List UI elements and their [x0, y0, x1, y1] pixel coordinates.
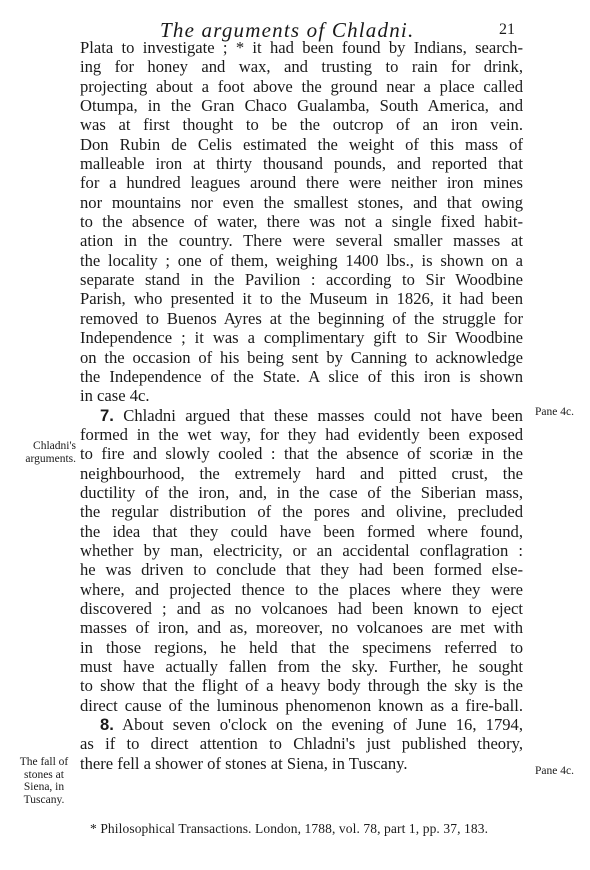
text-line: in those regions, he held that the speci… [80, 638, 523, 657]
text-line: to the absence of water, there was not a… [80, 212, 523, 231]
sidenote-chladni-arguments: Chladni's arguments. [6, 440, 76, 465]
sidenote-line: The fall of [14, 756, 74, 769]
body-text: Plata to investigate ; * it had been fou… [80, 38, 523, 773]
sidenote-pane-reference: Pane 4c. [535, 406, 574, 418]
paragraph-8-first-line: 8. About seven o'clock on the evening of… [80, 715, 523, 734]
paragraph-number: 7. [100, 406, 114, 425]
sidenote-pane-reference: Pane 4c. [535, 765, 574, 777]
sidenote-line: Tuscany. [14, 794, 74, 807]
text-line: the idea that they could have been forme… [80, 522, 523, 541]
text-line: Don Rubin de Celis estimated the weight … [80, 135, 523, 154]
text-line: in case 4c. [80, 386, 523, 405]
text-line: to show that the flight of a heavy body … [80, 676, 523, 695]
footnote: * Philosophical Transactions. London, 17… [90, 821, 488, 837]
text-line: he was driven to conclude that they had … [80, 560, 523, 579]
sidenote-fall-of-stones: The fall of stones at Siena, in Tuscany. [14, 756, 74, 806]
text-line: as if to direct attention to Chladni's j… [80, 734, 523, 753]
text-line: neighbourhood, the extremely hard and pi… [80, 464, 523, 483]
text-line: ing for honey and wax, and trusting to r… [80, 57, 523, 76]
text-line: the regular distribution of the pores an… [80, 502, 523, 521]
sidenote-line: Siena, in [14, 781, 74, 794]
text-line: direct cause of the luminous phenomenon … [80, 696, 523, 715]
text-line: Otumpa, in the Gran Chaco Gualamba, Sout… [80, 96, 523, 115]
text-line: Plata to investigate ; * it had been fou… [80, 38, 523, 57]
text-line: ation in the country. There were several… [80, 231, 523, 250]
text-line: to fire and slowly cooled : that the abs… [80, 444, 523, 463]
text-line: was at first thought to be the outcrop o… [80, 115, 523, 134]
sidenote-line: arguments. [6, 453, 76, 466]
text-line: on the occasion of his being sent by Can… [80, 348, 523, 367]
text-line: malleable iron at thirty thousand pounds… [80, 154, 523, 173]
page-number: 21 [499, 21, 515, 39]
text-line: projecting about a foot above the ground… [80, 77, 523, 96]
text-line: where, and projected thence to the place… [80, 580, 523, 599]
text-line: nor mountains nor even the smallest ston… [80, 193, 523, 212]
paragraph-number: 8. [100, 715, 114, 734]
text-span: About seven o'clock on the evening of Ju… [122, 715, 523, 734]
paragraph-7-first-line: 7. Chladni argued that these masses coul… [80, 406, 523, 425]
text-span: Chladni argued that these masses could n… [123, 406, 523, 425]
text-line: whether by man, electricity, or an accid… [80, 541, 523, 560]
text-line: the locality ; one of them, weighing 140… [80, 251, 523, 270]
text-line: discovered ; and as no volcanoes had bee… [80, 599, 523, 618]
text-line: formed in the wet way, for they had evid… [80, 425, 523, 444]
text-line: separate stand in the Pavilion : accordi… [80, 270, 523, 289]
text-line: masses of iron, and as, moreover, no vol… [80, 618, 523, 637]
text-line: Independence ; it was a complimentary gi… [80, 328, 523, 347]
sidenote-line: Chladni's [6, 440, 76, 453]
text-line: must have actually fallen from the sky. … [80, 657, 523, 676]
text-line: removed to Buenos Ayres at the beginning… [80, 309, 523, 328]
sidenote-line: stones at [14, 769, 74, 782]
text-line: there fell a shower of stones at Siena, … [80, 754, 523, 773]
text-line: Parish, who presented it to the Museum i… [80, 289, 523, 308]
text-line: ductility of the iron, and, in the case … [80, 483, 523, 502]
text-line: the Independence of the State. A slice o… [80, 367, 523, 386]
text-line: for a hundred leagues around there were … [80, 173, 523, 192]
